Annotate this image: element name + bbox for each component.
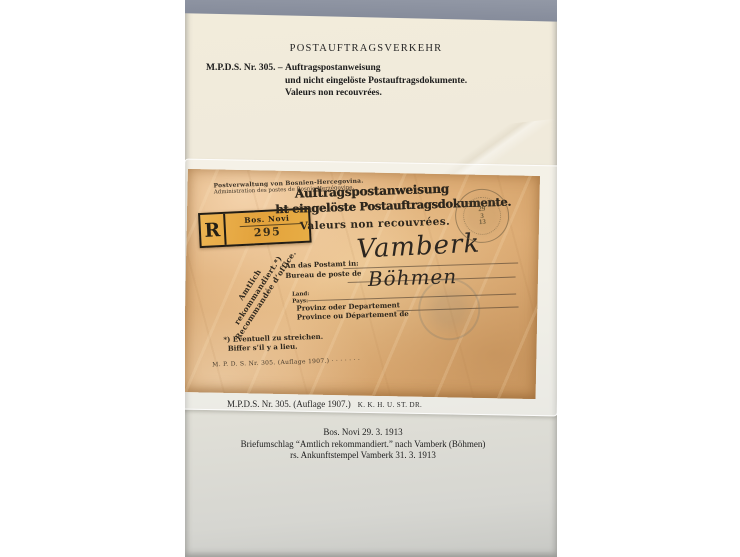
album-page-photo: POSTAUFTRAGSVERKEHR M.P.D.S. Nr. 305. – … xyxy=(185,0,557,557)
footnote-fr: Biffer s’il y a lieu. xyxy=(228,341,324,353)
item-description: Auftragspostanweisung und nicht eingelös… xyxy=(285,62,467,100)
item-line: Valeurs non recouvrées. xyxy=(285,87,467,100)
description-line: Bos. Novi 29. 3. 1913 xyxy=(185,427,549,439)
form-imprint: M. P. D. S. Nr. 305. (Auflage 1907.) · ·… xyxy=(212,357,360,369)
post-office-label: An das Postamt in: Bureau de poste de xyxy=(285,259,362,280)
province-label: Provinz oder Departement Province ou Dép… xyxy=(296,300,409,322)
item-reference: M.P.D.S. Nr. 305. – xyxy=(206,62,285,100)
post-office-label-fr: Bureau de poste de xyxy=(285,268,361,280)
postmark-year: 13 xyxy=(479,219,486,226)
description-line: rs. Ankunftstempel Vamberk 31. 3. 1913 xyxy=(185,450,549,462)
envelope: Postverwaltung von Bosnien-Hercegovina. … xyxy=(185,169,540,399)
caption-printer-text: K. K. H. U. ST. DR. xyxy=(358,401,422,409)
caption-form-reference: M.P.D.S. Nr. 305. (Auflage 1907.)K. K. H… xyxy=(227,399,422,409)
footnote: *) Eventuell zu streichen. Biffer s’il y… xyxy=(223,332,323,353)
form-heading-line3: Valeurs non recouvrées. xyxy=(300,216,451,233)
official-registered-note-de: Amtlich rekommandiert.*) xyxy=(215,235,292,339)
postmark-date: 29 3 13 xyxy=(462,196,502,236)
item-line: Auftragspostanweisung xyxy=(285,62,467,75)
official-registered-note: Amtlich rekommandiert.*) Recommandée d’o… xyxy=(215,235,300,344)
item-line: und nicht eingelöste Postauftragsdokumen… xyxy=(285,75,467,88)
caption-form-text: M.P.D.S. Nr. 305. (Auflage 1907.) xyxy=(227,399,351,409)
address-line xyxy=(308,294,516,302)
country-label-de: Land: xyxy=(292,291,310,298)
exhibit-description: Bos. Novi 29. 3. 1913 Briefumschlag “Amt… xyxy=(185,427,549,462)
page-title: POSTAUFTRAGSVERKEHR xyxy=(185,43,552,54)
item-heading: M.P.D.S. Nr. 305. – Auftragspostanweisun… xyxy=(206,62,467,100)
table-edge-background xyxy=(185,0,557,22)
description-line: Briefumschlag “Amtlich rekommandiert.” n… xyxy=(185,439,549,451)
